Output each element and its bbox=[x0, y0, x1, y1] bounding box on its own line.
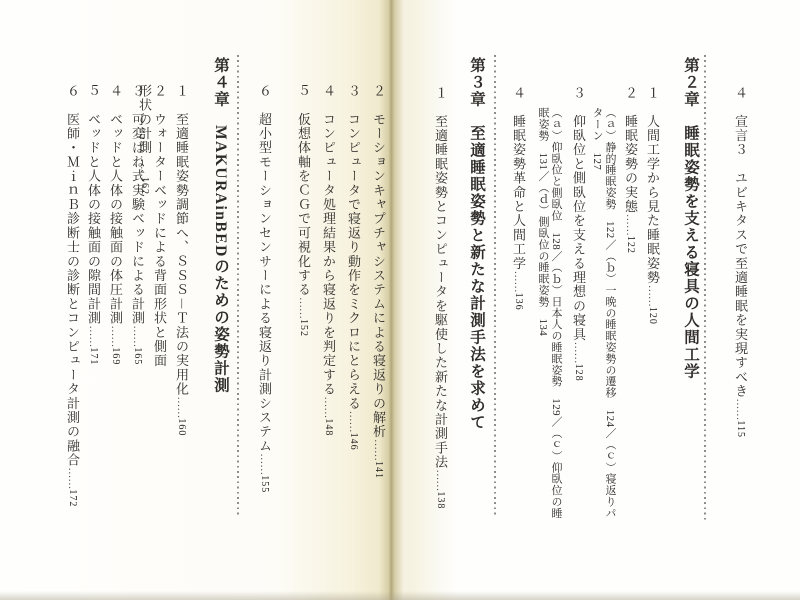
leader-dots: …… bbox=[175, 396, 187, 418]
page-number: 152 bbox=[298, 319, 309, 337]
toc-item-ch4-1: １ 至適睡眠姿勢調節へ、ＳＳＳ－Ｔ法の実用化……160 bbox=[173, 84, 189, 436]
book-gutter-crease bbox=[352, 0, 422, 600]
toc-item-text: ６ 医師・ＭｉｎＢ診断士の診断とコンピュータ計測の融合 bbox=[65, 84, 80, 467]
toc-item-text: ４ ベッドと人体の接触面の体圧計測 bbox=[108, 84, 123, 325]
page-bottom-edge-shadow bbox=[0, 591, 800, 600]
page-number: 115 bbox=[735, 420, 746, 438]
page-number: 128 bbox=[573, 364, 584, 382]
toc-item-ch3-5: ５ 仮想体軸をＣＧで可視化する……152 bbox=[295, 84, 311, 337]
toc-item-ch2-1: １ 人間工学から見た睡眠姿勢……120 bbox=[644, 86, 660, 325]
toc-item-ch4-6: ６ 医師・ＭｉｎＢ診断士の診断とコンピュータ計測の融合……172 bbox=[64, 84, 80, 507]
toc-subitems-ch2-3: （ａ）仰臥位と側臥位 128／（ｂ）日本人の睡眠姿勢 129／（ｃ）仰臥位の睡眠… bbox=[536, 107, 562, 519]
chapter-heading-ch2: 第２章 睡眠姿勢を支える寝具の人間工学 bbox=[681, 57, 700, 380]
leader-dots: …… bbox=[572, 342, 584, 364]
page-number: 148 bbox=[323, 418, 334, 436]
page-number: 155 bbox=[259, 475, 270, 493]
page-number: 136 bbox=[513, 293, 524, 311]
leader-dots: …… bbox=[347, 411, 359, 433]
leader-dots: …… bbox=[131, 325, 143, 347]
dotted-rule-ch2 bbox=[704, 55, 706, 523]
page-number: 146 bbox=[348, 433, 359, 451]
leader-dots: …… bbox=[434, 469, 446, 491]
toc-item-intro-4: ４ 宣言３ ユビキタスで至適睡眠を実現すべき……115 bbox=[732, 86, 748, 438]
leader-dots: …… bbox=[512, 271, 524, 293]
chapter-heading-ch4: 第４章 MAKURAinBEDのための姿勢計測 bbox=[211, 57, 230, 394]
chapter-heading-ch3: 第３章 至適睡眠姿勢と新たな計測手法を求めて bbox=[467, 57, 486, 431]
toc-item-ch3-4: ４ コンピュータ処理結果から寝返りを判定する……148 bbox=[320, 84, 336, 436]
dotted-rule-ch4 bbox=[237, 55, 239, 518]
toc-subitem-text: （ａ）仰臥位と側臥位 128／（ｂ）日本人の睡眠姿勢 129／（ｃ）仰臥位の睡眠… bbox=[537, 107, 562, 519]
page-number: 165 bbox=[132, 347, 143, 365]
chapter-heading-text: 第３章 至適睡眠姿勢と新たな計測手法を求めて bbox=[468, 57, 485, 431]
leader-dots: …… bbox=[297, 297, 309, 319]
toc-item-ch3-6: ６ 超小型モーションセンサーによる寝返り計測システム……155 bbox=[256, 84, 272, 493]
toc-item-text: ４ 宣言３ ユビキタスで至適睡眠を実現すべき bbox=[733, 86, 748, 398]
page-number: 171 bbox=[88, 347, 99, 365]
leader-dots: …… bbox=[66, 467, 78, 489]
toc-item-text: ４ 睡眠姿勢革命と人間工学 bbox=[511, 86, 526, 271]
toc-item-text: ２ モーションキャプチャシステムによる寝返りの解析 bbox=[371, 84, 386, 439]
toc-item-ch3-1: １ 至適睡眠姿勢とコンピュータを駆使した新たな計測手法……138 bbox=[432, 86, 448, 509]
toc-item-text: ５ 仮想体軸をＣＧで可視化する bbox=[296, 84, 311, 297]
leader-dots: …… bbox=[322, 396, 334, 418]
leader-dots: …… bbox=[646, 285, 658, 307]
page-number: 169 bbox=[110, 347, 121, 365]
toc-item-text: ３ コンピュータで寝返り動作をミクロにとらえる bbox=[346, 84, 361, 411]
toc-item-ch4-3: ３ 可変ばね式実験ベッドによる計測……165 bbox=[129, 84, 145, 365]
toc-item-ch2-4: ４ 睡眠姿勢革命と人間工学……136 bbox=[510, 86, 526, 311]
toc-item-text: ６ 超小型モーションセンサーによる寝返り計測システム bbox=[257, 84, 272, 453]
toc-item-text: １ 至適睡眠姿勢調節へ、ＳＳＳ－Ｔ法の実用化 bbox=[174, 84, 189, 396]
toc-subitem-text: （ａ）静的睡眠姿勢 122／（ｂ）一晩の睡眠姿勢の遷移 124／（ｃ）寝返りパタ… bbox=[591, 107, 616, 519]
toc-item-text: １ 人間工学から見た睡眠姿勢 bbox=[645, 86, 660, 285]
leader-dots: …… bbox=[109, 325, 121, 347]
chapter-heading-text: 第２章 睡眠姿勢を支える寝具の人間工学 bbox=[682, 57, 699, 380]
toc-item-text: ５ ベッドと人体の接触面の隙間計測 bbox=[86, 84, 101, 325]
toc-item-ch3-3: ３ コンピュータで寝返り動作をミクロにとらえる……146 bbox=[345, 84, 361, 451]
page-number: 122 bbox=[625, 236, 636, 254]
toc-item-text: ３ 可変ばね式実験ベッドによる計測 bbox=[130, 84, 145, 325]
toc-item-text: ２ 睡眠姿勢の実態 bbox=[623, 86, 638, 214]
page-number: 172 bbox=[67, 489, 78, 507]
chapter-heading-text: 第４章 MAKURAinBEDのための姿勢計測 bbox=[212, 57, 229, 394]
leader-dots: …… bbox=[734, 398, 746, 420]
page-number: 141 bbox=[373, 461, 384, 479]
dotted-rule-ch3 bbox=[494, 55, 496, 515]
toc-item-text: ４ コンピュータ処理結果から寝返りを判定する bbox=[321, 84, 336, 396]
toc-item-ch2-3: ３ 仰臥位と側臥位を支える理想の寝具……128 bbox=[570, 86, 586, 382]
toc-item-ch4-4: ４ ベッドと人体の接触面の体圧計測……169 bbox=[107, 84, 123, 365]
toc-item-ch3-2: ２ モーションキャプチャシステムによる寝返りの解析……141 bbox=[370, 84, 386, 479]
toc-item-ch4-5: ５ ベッドと人体の接触面の隙間計測……171 bbox=[85, 84, 101, 365]
leader-dots: …… bbox=[372, 439, 384, 461]
page-number: 160 bbox=[176, 418, 187, 436]
leader-dots: …… bbox=[258, 453, 270, 475]
toc-subitems-ch2-2: （ａ）静的睡眠姿勢 122／（ｂ）一晩の睡眠姿勢の遷移 124／（ｃ）寝返りパタ… bbox=[590, 107, 616, 519]
leader-dots: …… bbox=[87, 325, 99, 347]
leader-dots: …… bbox=[624, 214, 636, 236]
page-number: 138 bbox=[435, 491, 446, 509]
page-number: 120 bbox=[647, 307, 658, 325]
toc-item-text: ３ 仰臥位と側臥位を支える理想の寝具 bbox=[571, 86, 586, 342]
toc-item-text: １ 至適睡眠姿勢とコンピュータを駆使した新たな計測手法 bbox=[433, 86, 448, 469]
toc-item-ch2-2: ２ 睡眠姿勢の実態……122 bbox=[622, 86, 638, 254]
